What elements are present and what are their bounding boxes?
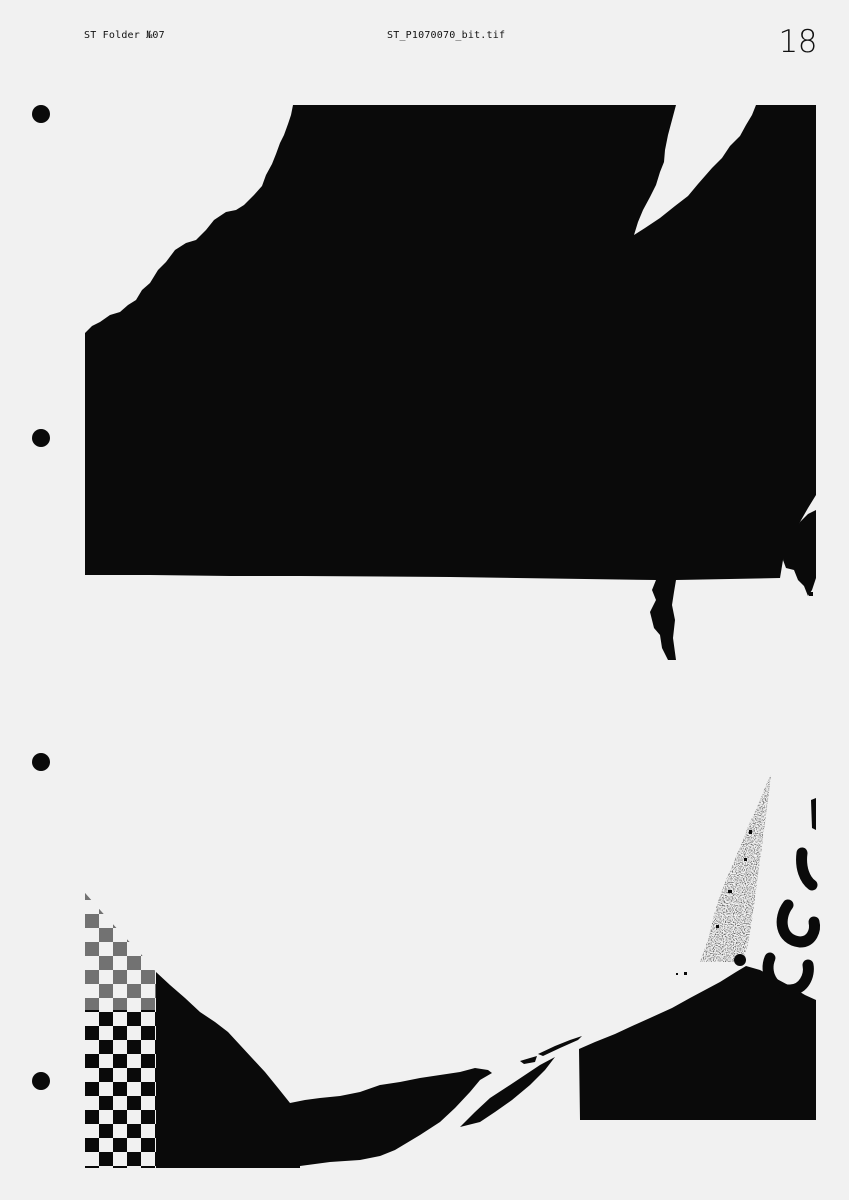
bitmap-artwork bbox=[0, 0, 849, 1200]
top-torn-shape bbox=[85, 105, 816, 660]
bottom-torn-shape bbox=[156, 954, 816, 1168]
curl-shapes bbox=[768, 853, 814, 990]
bottom-left-checker-shape bbox=[85, 893, 156, 1168]
speckle-spire bbox=[700, 775, 771, 962]
